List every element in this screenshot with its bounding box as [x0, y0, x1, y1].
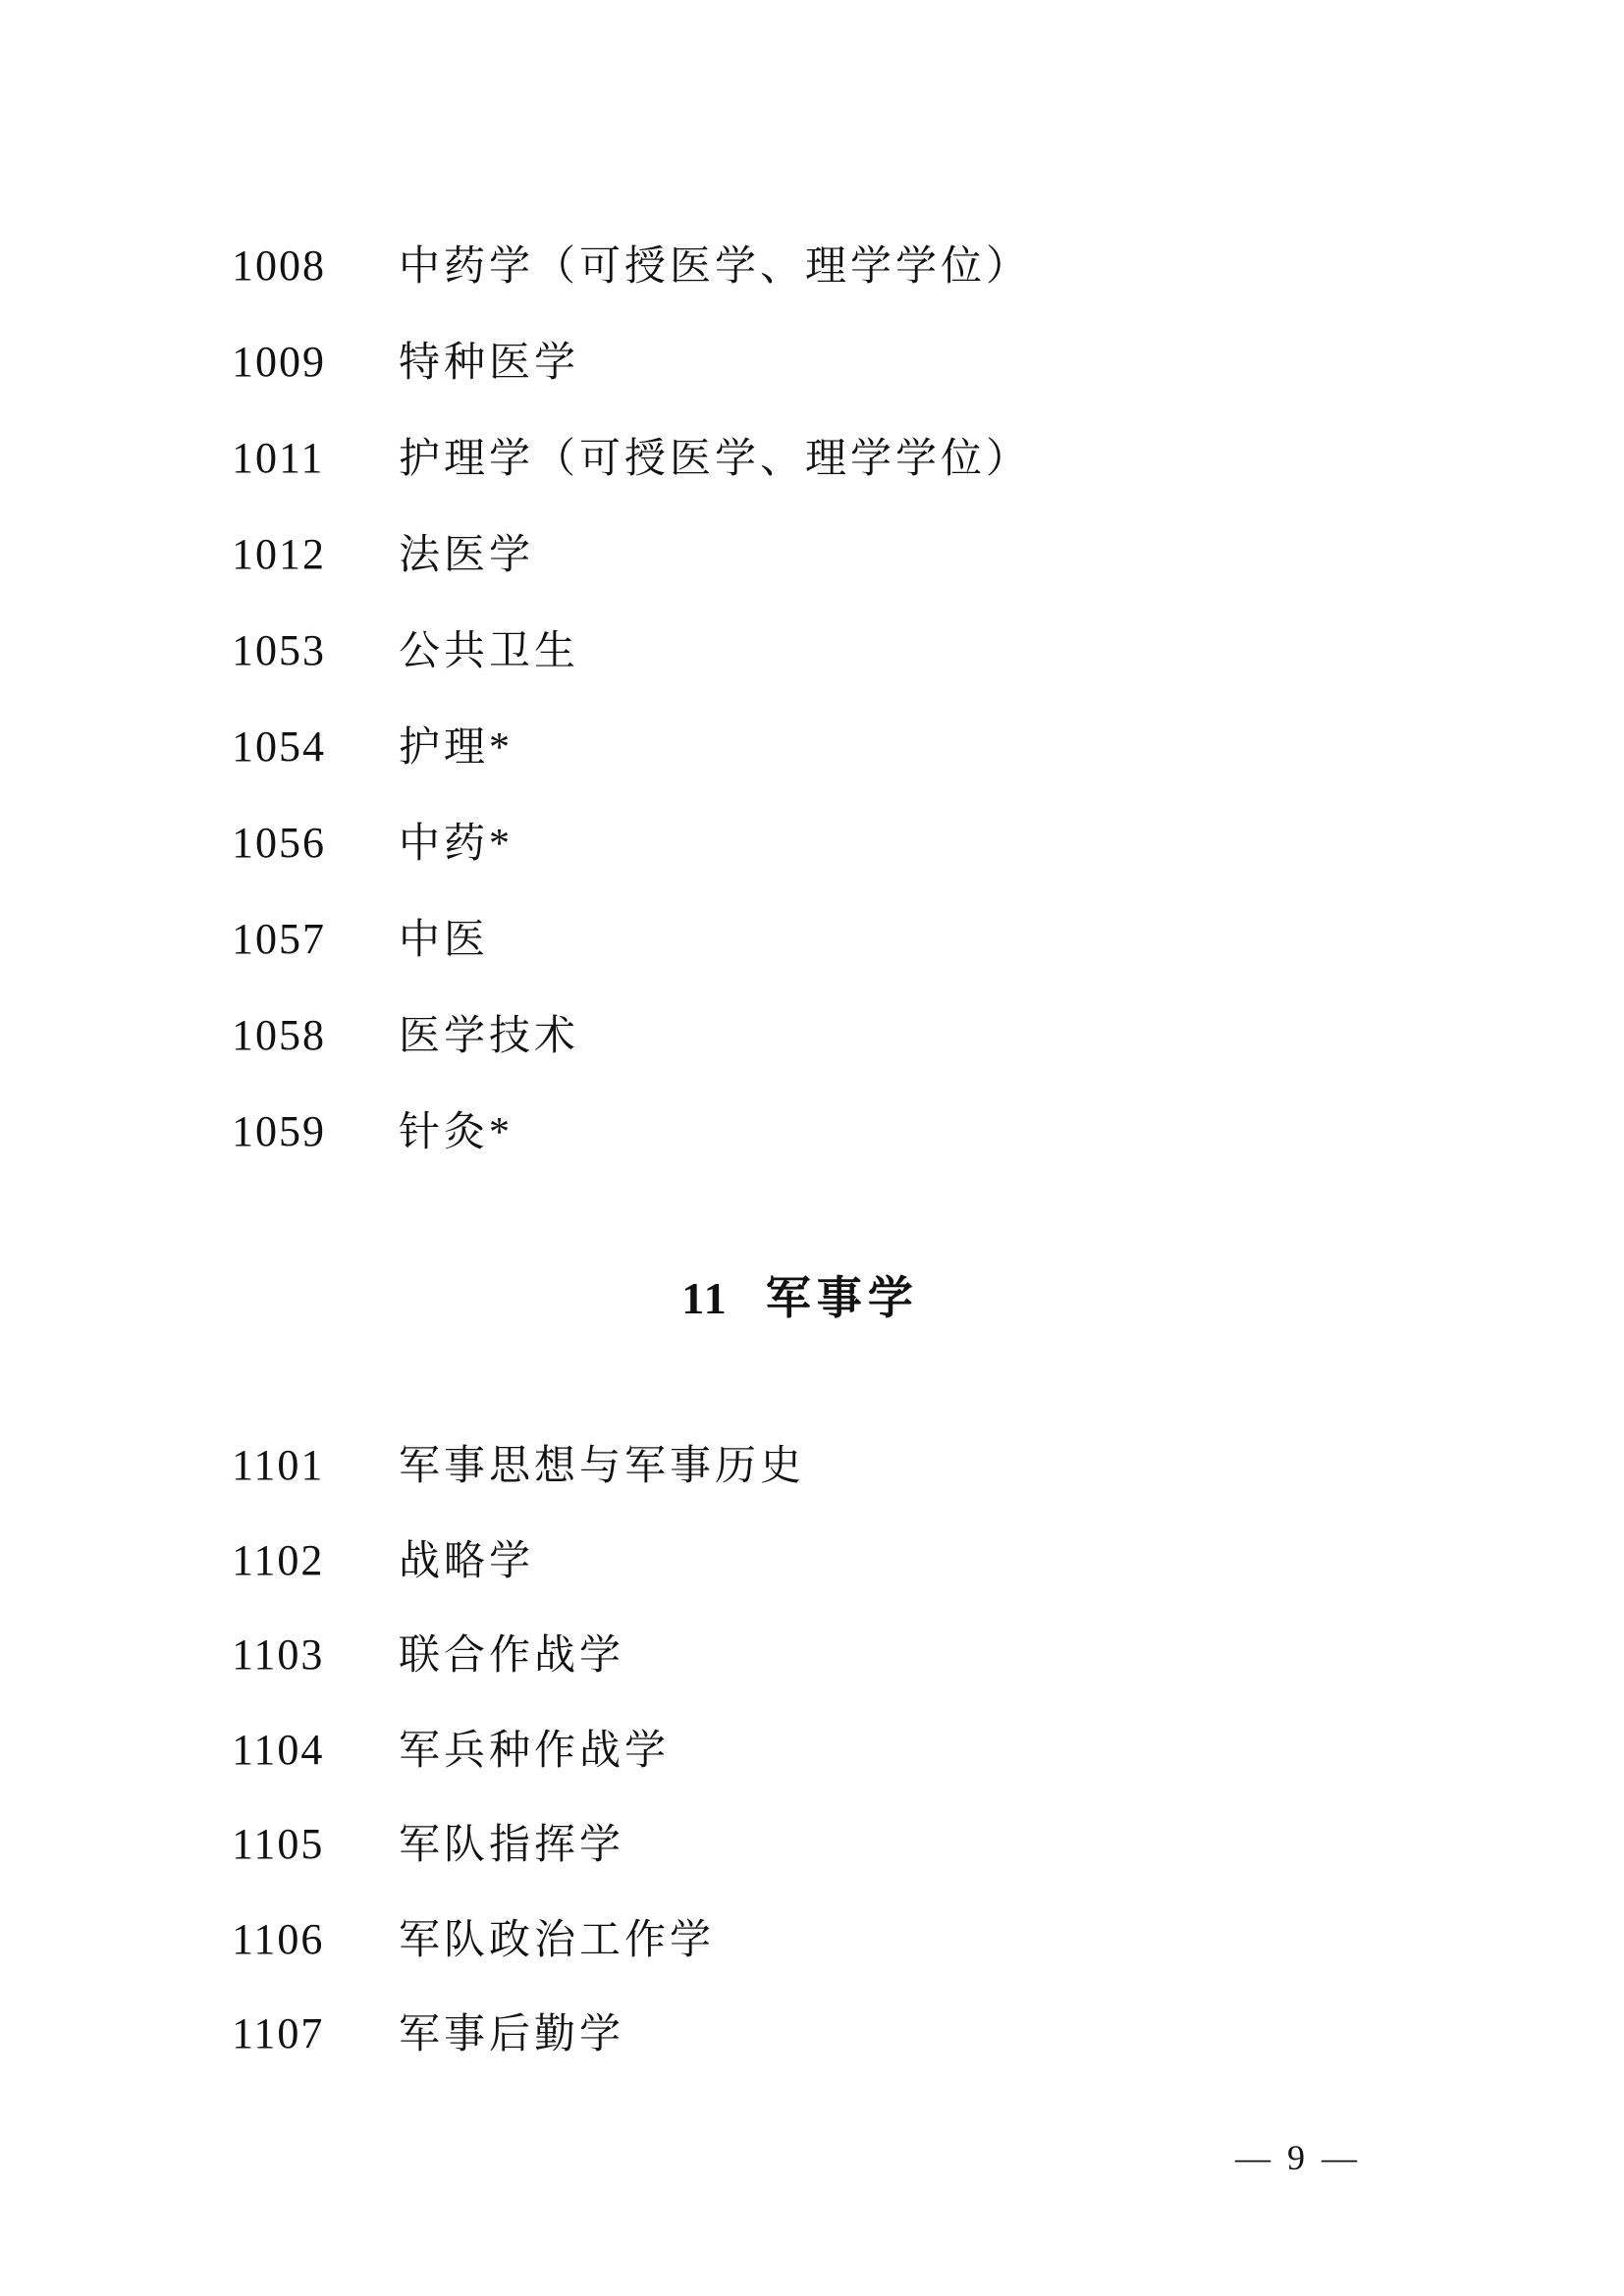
- discipline-name: 军兵种作战学: [399, 1728, 670, 1775]
- discipline-name: 护理*: [399, 724, 514, 772]
- discipline-name: 军队政治工作学: [399, 1917, 715, 1964]
- discipline-code: 1009: [232, 340, 326, 385]
- discipline-code: 1101: [232, 1443, 324, 1488]
- discipline-name: 军事后勤学: [399, 2011, 624, 2058]
- discipline-row: 1106 军队政治工作学: [0, 1917, 1624, 1966]
- discipline-code: 1053: [232, 628, 326, 673]
- discipline-code: 1104: [232, 1728, 324, 1773]
- discipline-code: 1103: [232, 1632, 324, 1678]
- discipline-row: 1053 公共卫生: [0, 628, 1624, 677]
- discipline-row: 1058 医学技术: [0, 1013, 1624, 1062]
- discipline-row: 1054 护理*: [0, 724, 1624, 774]
- discipline-row: 1012 法医学: [0, 532, 1624, 581]
- discipline-code: 1054: [232, 724, 326, 770]
- discipline-name: 法医学: [399, 532, 534, 579]
- discipline-code: 1008: [232, 243, 326, 289]
- discipline-row: 1056 中药*: [0, 821, 1624, 870]
- discipline-name: 特种医学: [399, 340, 579, 387]
- section-number: 11: [681, 1273, 728, 1323]
- discipline-name: 战略学: [399, 1538, 534, 1585]
- discipline-code: 1056: [232, 821, 326, 866]
- discipline-code: 1105: [232, 1822, 324, 1867]
- discipline-name: 医学技术: [399, 1013, 579, 1060]
- discipline-row: 1102 战略学: [0, 1538, 1624, 1587]
- discipline-code: 1059: [232, 1109, 326, 1154]
- document-page: 1008 中药学（可授医学、理学学位） 1009 特种医学 1011 护理学（可…: [0, 0, 1624, 2296]
- discipline-code: 1057: [232, 917, 326, 962]
- discipline-code: 1107: [232, 2011, 324, 2056]
- discipline-row: 1101 军事思想与军事历史: [0, 1443, 1624, 1492]
- discipline-name: 针灸*: [399, 1109, 514, 1156]
- discipline-row: 1057 中医: [0, 917, 1624, 966]
- page-number: — 9 —: [1235, 2138, 1361, 2177]
- discipline-row: 1105 军队指挥学: [0, 1822, 1624, 1871]
- discipline-code: 1011: [232, 436, 324, 481]
- discipline-name: 公共卫生: [399, 628, 579, 675]
- discipline-row: 1107 军事后勤学: [0, 2011, 1624, 2060]
- discipline-name: 联合作战学: [399, 1632, 624, 1680]
- discipline-row: 1011 护理学（可授医学、理学学位）: [0, 436, 1624, 485]
- discipline-name: 中药学（可授医学、理学学位）: [399, 243, 1031, 291]
- discipline-row: 1103 联合作战学: [0, 1632, 1624, 1682]
- discipline-name: 军事思想与军事历史: [399, 1443, 805, 1490]
- discipline-row: 1104 军兵种作战学: [0, 1728, 1624, 1777]
- discipline-row: 1009 特种医学: [0, 340, 1624, 389]
- discipline-row: 1008 中药学（可授医学、理学学位）: [0, 243, 1624, 293]
- discipline-name: 护理学（可授医学、理学学位）: [399, 436, 1031, 483]
- section-heading: 11军事学: [0, 1262, 1612, 1327]
- discipline-code: 1106: [232, 1917, 324, 1962]
- discipline-name: 中医: [399, 917, 489, 964]
- discipline-name: 中药*: [399, 821, 514, 868]
- discipline-code: 1058: [232, 1013, 326, 1058]
- section-title: 军事学: [766, 1272, 919, 1323]
- discipline-code: 1102: [232, 1538, 324, 1583]
- discipline-name: 军队指挥学: [399, 1822, 624, 1869]
- discipline-row: 1059 针灸*: [0, 1109, 1624, 1158]
- discipline-code: 1012: [232, 532, 326, 577]
